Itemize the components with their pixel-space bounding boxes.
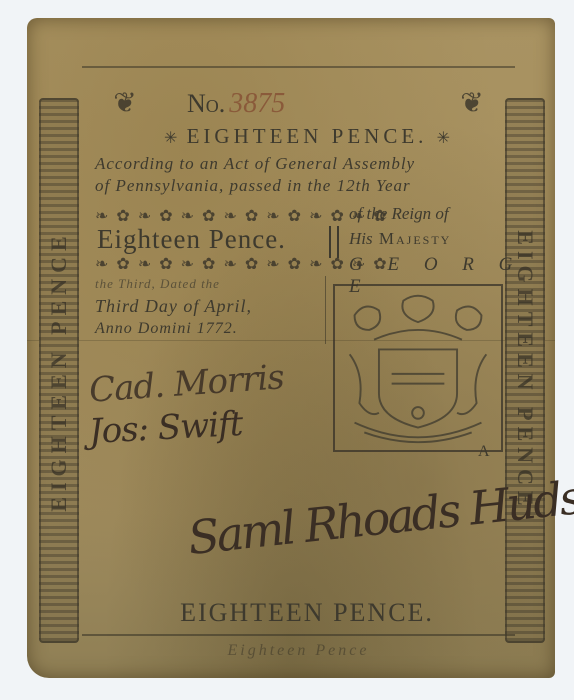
right-border-panel: EIGHTEEN PENCE [505,98,545,643]
denomination-large: Eighteen Pence. [97,224,286,255]
ornament-left-icon: ❦ [95,88,155,120]
signature-1: Cad. Morris [88,357,285,410]
colonial-banknote: EIGHTEEN PENCE EIGHTEEN PENCE ❦ ❦ No.387… [27,18,555,678]
majesty-prefix: His [349,229,373,248]
authority-line-1: According to an Act of General Assembly [95,154,415,174]
date-line-2: Third Day of April, [95,296,252,317]
star-icon: ✳ [164,130,177,147]
serial-number: 3875 [229,88,285,119]
serial-prefix: No. [187,89,225,118]
vertical-rule [325,276,326,344]
left-border-panel: EIGHTEEN PENCE [39,98,79,643]
majesty-line: His Majesty [349,229,451,249]
denomination-footer: EIGHTEEN PENCE. [117,598,497,628]
coat-of-arms-graphic [335,286,501,450]
bottom-border-band: Eighteen Pence [82,634,515,666]
plate-letter: A [478,443,490,461]
vine-ornament-top: ❧ ✿ ❧ ✿ ❧ ✿ ❧ ✿ ❧ ✿ ❧ ✿ ❧ ✿ [95,206,389,226]
majesty-label: Majesty [379,229,451,248]
reign-line: of the Reign of [349,204,449,224]
serial-number-block: No.3875 [187,88,285,120]
authority-line-2: of Pennsylvania, passed in the 12th Year [95,176,411,196]
coat-of-arms-icon [333,284,503,452]
date-line-1: the Third, Dated the [95,276,220,292]
ornament-right-icon: ❦ [442,88,502,120]
date-line-3: Anno Domini 1772. [95,320,238,338]
denomination-header: ✳ EIGHTEEN PENCE. ✳ [117,124,497,149]
star-icon: ✳ [437,130,450,147]
denomination-header-text: EIGHTEEN PENCE. [187,124,428,148]
signature-2: Jos: Swift [88,404,243,452]
left-border-text: EIGHTEEN PENCE [46,230,72,511]
top-border-band [82,36,515,68]
vine-ornament-bottom: ❧ ✿ ❧ ✿ ❧ ✿ ❧ ✿ ❧ ✿ ❧ ✿ ❧ ✿ [95,254,389,274]
